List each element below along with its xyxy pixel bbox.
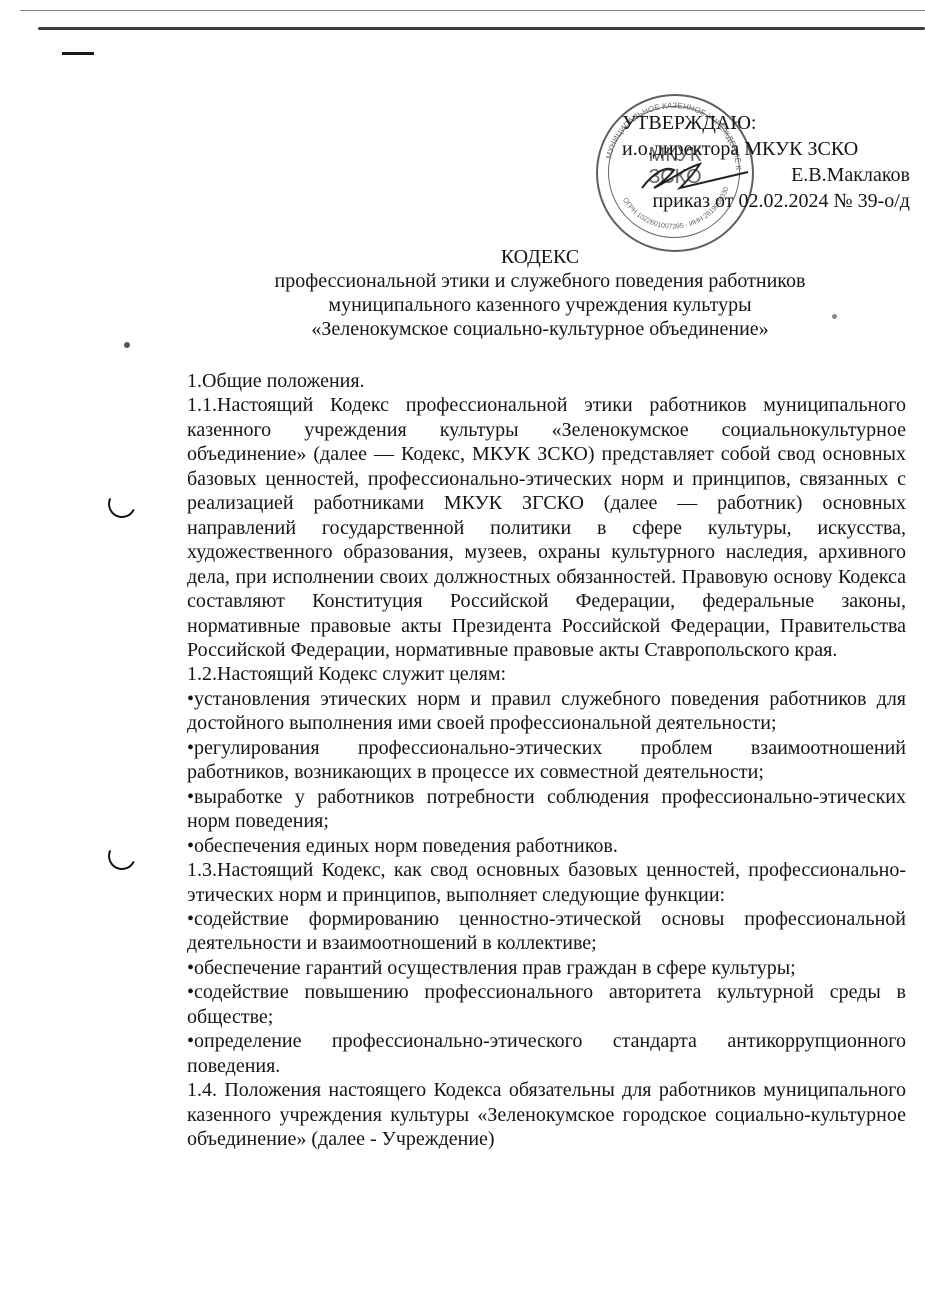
- function-item: •содействие повышению профессионального …: [187, 980, 906, 1029]
- approval-order: приказ от 02.02.2024 № 39-о/д: [610, 188, 910, 214]
- approval-block: УТВЕРЖДАЮ: и.о.директора МКУК ЗСКО Е.В.М…: [610, 110, 910, 214]
- scan-speck: [124, 342, 130, 348]
- section-heading: 1.Общие положения.: [187, 369, 906, 393]
- function-item: •обеспечение гарантий осуществления прав…: [187, 956, 906, 980]
- function-item: •определение профессионально-этического …: [187, 1029, 906, 1078]
- goal-item: •обеспечения единых норм поведения работ…: [187, 834, 906, 858]
- goal-item: •выработке у работников потребности собл…: [187, 785, 906, 834]
- goal-item: •регулирования профессионально-этических…: [187, 736, 906, 785]
- title-line: муниципального казенного учреждения куль…: [180, 293, 900, 317]
- goal-item: •установления этических норм и правил сл…: [187, 687, 906, 736]
- title-line: профессиональной этики и служебного пове…: [180, 269, 900, 293]
- hole-punch-mark: [104, 838, 140, 874]
- scan-edge-shadow: [38, 27, 925, 30]
- document-title: КОДЕКС профессиональной этики и служебно…: [180, 245, 900, 341]
- paragraph-1-4: 1.4. Положения настоящего Кодекса обязат…: [187, 1078, 906, 1151]
- paragraph-1-2: 1.2.Настоящий Кодекс служит целям:: [187, 662, 906, 686]
- function-item: •содействие формированию ценностно-этиче…: [187, 907, 906, 956]
- scan-mark: [62, 52, 94, 55]
- paragraph-1-3: 1.3.Настоящий Кодекс, как свод основных …: [187, 858, 906, 907]
- title-heading: КОДЕКС: [180, 245, 900, 269]
- hole-punch-mark: [104, 486, 140, 522]
- approver-name: Е.В.Маклаков: [610, 162, 910, 188]
- approver-position: и.о.директора МКУК ЗСКО: [610, 136, 910, 162]
- scan-edge-line: [20, 10, 925, 11]
- document-body: 1.Общие положения. 1.1.Настоящий Кодекс …: [187, 369, 906, 1152]
- paragraph-1-1: 1.1.Настоящий Кодекс профессиональной эт…: [187, 393, 906, 662]
- title-line: «Зеленокумское социально-культурное объе…: [180, 317, 900, 341]
- approval-heading: УТВЕРЖДАЮ:: [610, 110, 910, 136]
